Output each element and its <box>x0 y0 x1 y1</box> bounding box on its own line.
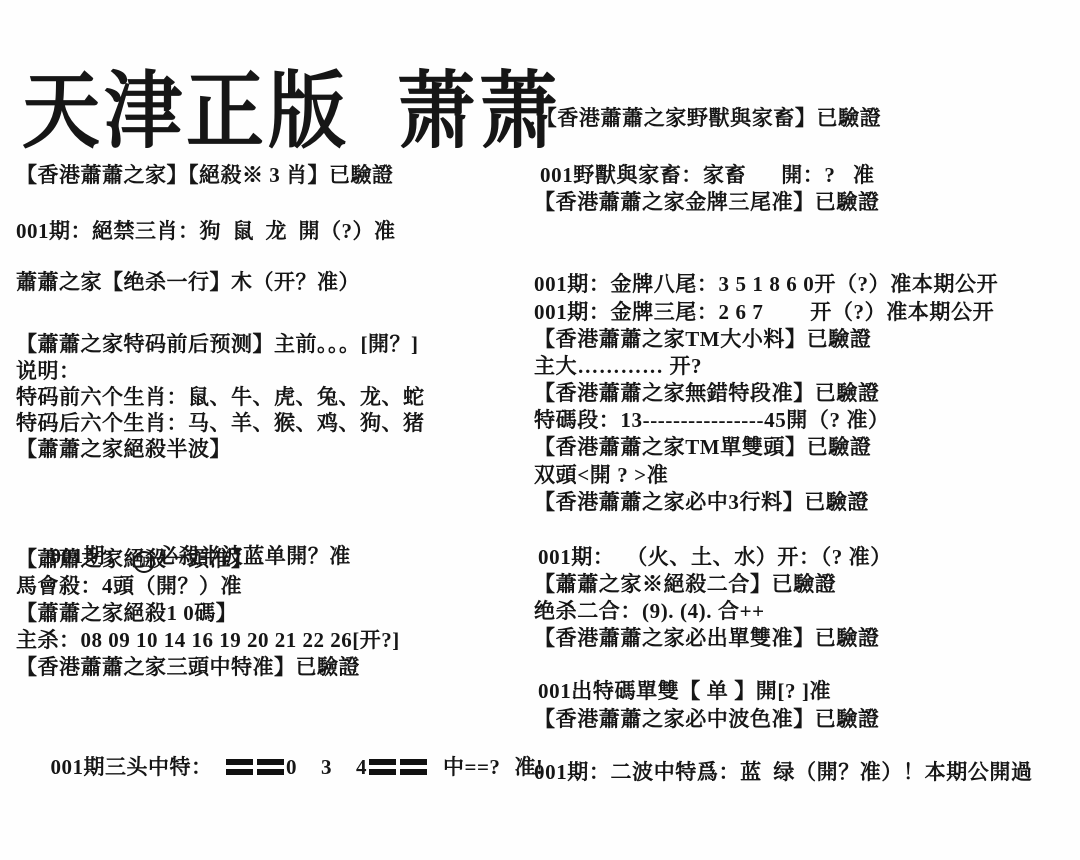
text-line: 馬會殺：4頭（開？）准 <box>16 574 242 598</box>
text-line: 【蕭蕭之家絕殺1 0碼】 <box>16 601 237 625</box>
text-line: 【蕭蕭之家絕殺一頭准】 <box>16 547 253 571</box>
text-line: 特碼段：13----------------45開（? 准） <box>534 408 890 432</box>
head-number: 4 <box>356 755 367 779</box>
text-line: 特码后六个生肖：马、羊、猴、鸡、狗、猪 <box>16 411 425 435</box>
text-line: 【蕭蕭之家絕殺半波】 <box>16 437 231 461</box>
head-number: 0 <box>286 755 297 779</box>
three-heads-line: 001期三头中特： 034中==?准! <box>16 731 543 803</box>
text-line: 特码前六个生肖：鼠、牛、虎、兔、龙、蛇 <box>16 385 425 409</box>
text-line: 001期：絕禁三肖：狗 鼠 龙 開（?）准 <box>16 219 396 243</box>
scanned-lottery-sheet: 天津正版 萧萧 【香港蕭蕭之家】【絕殺※ 3 肖】已驗證 001期：絕禁三肖：狗… <box>0 0 1080 860</box>
text-line: 001期：金牌八尾：3 5 1 8 6 0开（?）准本期公开 <box>534 272 998 296</box>
text-line: 001期：二波中特爲：蓝 绿（開？准）！本期公開過 <box>534 760 1033 784</box>
text-line: 【香港蕭蕭之家必中3行料】已驗證 <box>534 490 869 514</box>
text-line: 【香港蕭蕭之家金牌三尾准】已驗證 <box>534 190 880 214</box>
text-line: 主大………… 开? <box>534 354 702 378</box>
text-line: 001出特碼單雙【 单 】開[? ]准 <box>538 679 831 703</box>
text-line: 【香港蕭蕭之家TM單雙頭】已驗證 <box>534 435 871 459</box>
text-segment: 中==? <box>443 755 500 779</box>
double-bar-icon <box>226 759 253 775</box>
double-bar-icon <box>257 759 284 775</box>
page-title: 天津正版 萧萧 <box>22 44 561 165</box>
text-line: 【香港蕭蕭之家】【絕殺※ 3 肖】已驗證 <box>16 163 394 187</box>
text-line: 说明： <box>16 359 81 383</box>
text-line: 【蕭蕭之家※絕殺二合】已驗證 <box>534 572 836 596</box>
text-line: 001期：金牌三尾：2 6 7 开（?）准本期公开 <box>534 300 994 324</box>
text-line: 双頭<開 ? >准 <box>534 463 668 487</box>
text-line: 【香港蕭蕭之家無錯特段准】已驗證 <box>534 381 880 405</box>
text-line: 【香港蕭蕭之家三頭中特准】已驗證 <box>16 655 360 679</box>
text-line: 【香港蕭蕭之家TM大小料】已驗證 <box>534 327 871 351</box>
text-segment: 001期三头中特： <box>51 755 225 779</box>
text-line: 蕭蕭之家【绝杀一行】木（开？准） <box>16 270 360 294</box>
double-bar-icon <box>400 759 427 775</box>
text-line: ..【香港蕭蕭之家野獸與家畜】已驗證 <box>524 106 881 130</box>
text-line: 【蕭蕭之家特码前后预测】主前。。。[開？] <box>16 332 419 356</box>
text-line: 001期： （火、土、水）开：（? 准） <box>538 545 892 569</box>
text-line: 主杀：08 09 10 14 16 19 20 21 22 26[开?] <box>16 628 400 652</box>
text-line: 【香港蕭蕭之家必出單雙准】已驗證 <box>534 626 880 650</box>
text-line: 【香港蕭蕭之家必中波色准】已驗證 <box>534 707 880 731</box>
head-number: 3 <box>321 755 332 779</box>
text-line: 001野獸與家畜：家畜 開：? 准 <box>540 163 875 187</box>
text-line: 绝杀二合：(9). (4). 合++ <box>534 599 765 623</box>
double-bar-icon <box>369 759 396 775</box>
